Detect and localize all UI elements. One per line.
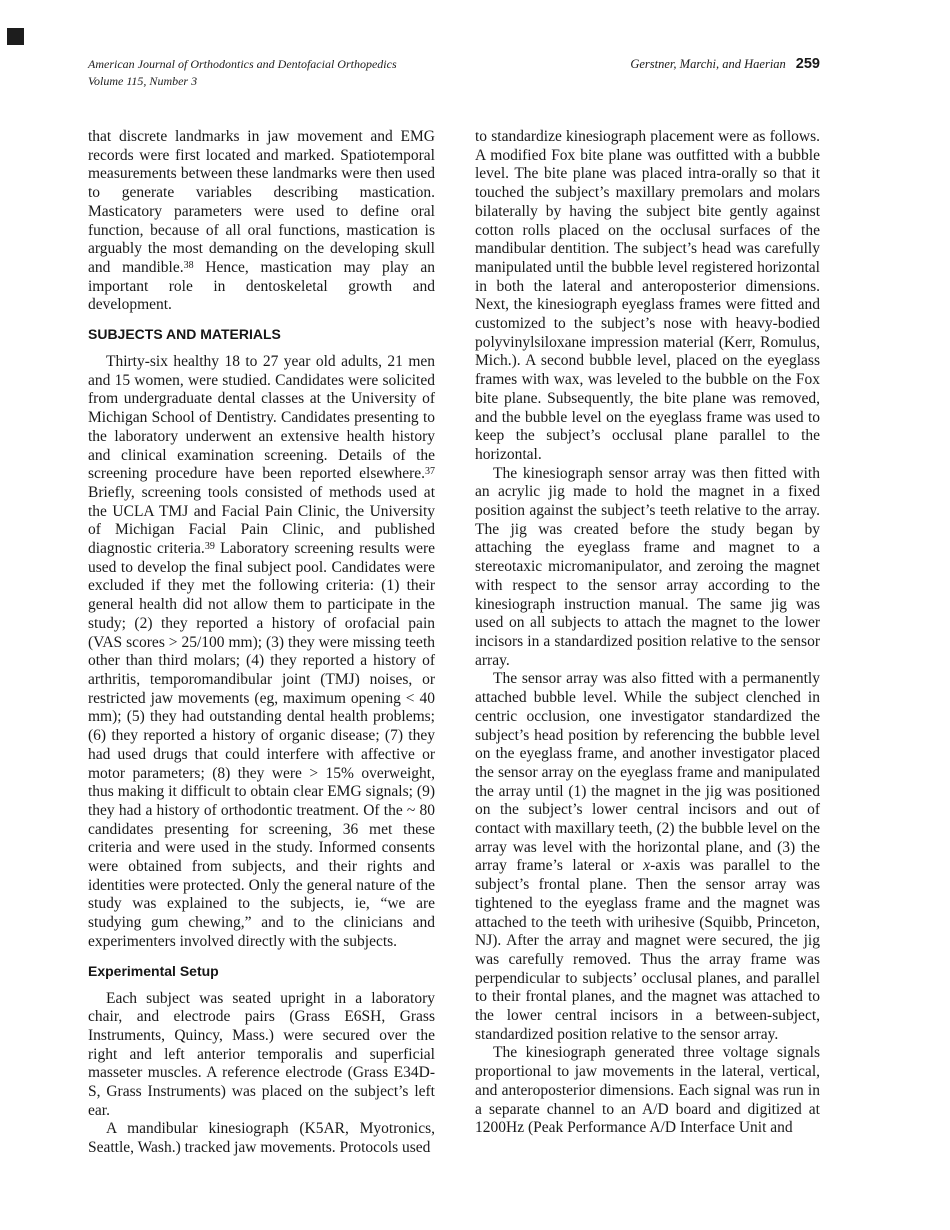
paragraph: Thirty-six healthy 18 to 27 year old adu… — [88, 353, 435, 952]
paragraph: The kinesiograph sensor array was then f… — [475, 465, 820, 671]
paragraph: Each subject was seated upright in a lab… — [88, 990, 435, 1121]
italic-term: x — [643, 857, 650, 874]
journal-title: American Journal of Orthodontics and Den… — [88, 56, 397, 73]
journal-title-block: American Journal of Orthodontics and Den… — [88, 56, 397, 89]
scan-corner-mark — [7, 28, 24, 45]
section-heading: SUBJECTS AND MATERIALS — [88, 326, 435, 342]
journal-volume: Volume 115, Number 3 — [88, 73, 397, 90]
running-head: American Journal of Orthodontics and Den… — [88, 56, 820, 89]
left-column: that discrete landmarks in jaw movement … — [88, 128, 435, 1158]
reference-superscript: 39 — [205, 541, 215, 552]
reference-superscript: 37 — [425, 466, 435, 477]
subsection-heading: Experimental Setup — [88, 963, 435, 979]
paragraph: The kinesiograph generated three voltage… — [475, 1044, 820, 1138]
page-number: 259 — [796, 56, 820, 72]
paragraph: The sensor array was also fitted with a … — [475, 670, 820, 1044]
two-column-body: that discrete landmarks in jaw movement … — [88, 128, 820, 1158]
reference-superscript: 38 — [184, 260, 194, 271]
right-column: to standardize kinesiograph placement we… — [475, 128, 820, 1158]
paragraph: that discrete landmarks in jaw movement … — [88, 128, 435, 315]
authors-page-block: Gerstner, Marchi, and Haerian259 — [630, 56, 820, 73]
authors: Gerstner, Marchi, and Haerian — [630, 57, 785, 71]
journal-page: { "colors": { "background": "#ffffff", "… — [0, 0, 950, 1230]
paragraph: to standardize kinesiograph placement we… — [475, 128, 820, 465]
paragraph: A mandibular kinesiograph (K5AR, Myotron… — [88, 1120, 435, 1157]
